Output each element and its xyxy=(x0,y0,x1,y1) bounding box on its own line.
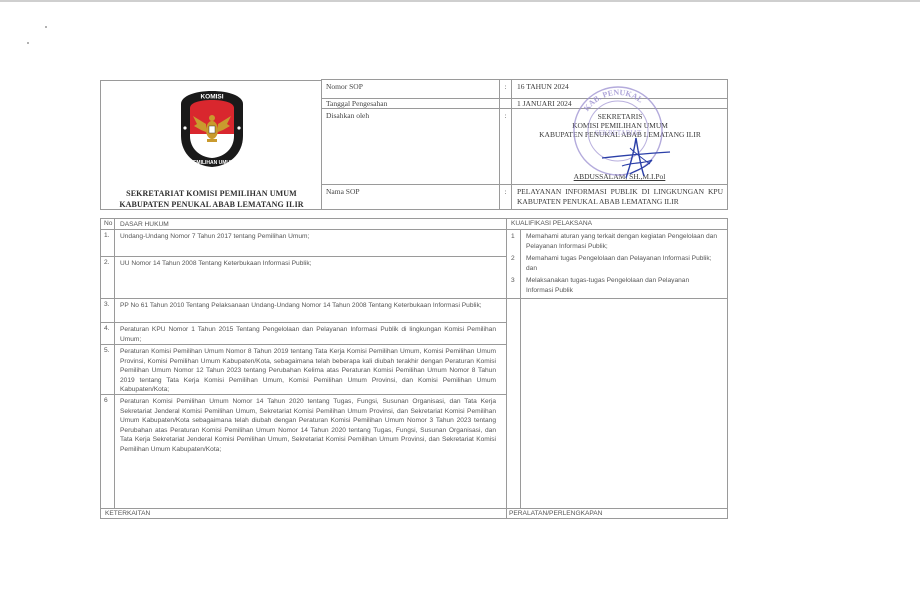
value-disahkan-oleh: SEKRETARIS KOMISI PEMILIHAN UMUM KABUPAT… xyxy=(512,109,727,184)
qualifications-list: 1 Memahami aturan yang terkait dengan ke… xyxy=(507,230,727,299)
qualifications-table: KUALIFIKASI PELAKSANA 1 Memahami aturan … xyxy=(507,218,728,519)
legal-basis-table: No DASAR HUKUM 1. Undang-Undang Nomor 7 … xyxy=(100,218,507,519)
item-number: 3 xyxy=(511,276,515,286)
table-row: 5. Peraturan Komisi Pemilihan Umum Nomor… xyxy=(101,345,506,395)
row-number: 5. xyxy=(101,345,115,394)
legal-basis-text: Peraturan Komisi Pemilihan Umum Nomor 14… xyxy=(115,395,506,508)
item-text: Memahami tugas Pengelolaan dan Pelayanan… xyxy=(526,254,718,274)
table-row: 6 Peraturan Komisi Pemilihan Umum Nomor … xyxy=(101,395,506,508)
item-text: Melaksanakan tugas-tugas Pengelolaan dan… xyxy=(526,276,718,296)
item-number: 2 xyxy=(511,254,515,264)
svg-text:PEMILIHAN UMUM: PEMILIHAN UMUM xyxy=(190,160,234,166)
label-nama-sop: Nama SOP xyxy=(322,185,500,209)
colon: : xyxy=(500,185,512,209)
row-nomor-sop: Nomor SOP : 16 TAHUN 2024 xyxy=(322,80,727,99)
sop-header: KOMISI PEMILIHAN UMUM SEKRETARIAT KOMISI… xyxy=(100,79,728,210)
row-number: 1. xyxy=(101,230,115,256)
row-nama-sop: Nama SOP : PELAYANAN INFORMASI PUBLIK DI… xyxy=(322,185,727,209)
value-nama-sop: PELAYANAN INFORMASI PUBLIK DI LINGKUNGAN… xyxy=(512,185,727,209)
label-tanggal-pengesahan: Tanggal Pengesahan xyxy=(322,99,500,108)
scan-speck xyxy=(45,26,47,28)
legal-basis-text: PP No 61 Tahun 2010 Tentang Pelaksanaan … xyxy=(115,299,506,322)
signer-title: SEKRETARIS xyxy=(517,112,723,121)
scan-edge xyxy=(0,0,920,2)
peralatan-label: PERALATAN/PERLENGKAPAN xyxy=(507,508,727,518)
row-number: 3. xyxy=(101,299,115,322)
keterkaitan-label: KETERKAITAN xyxy=(101,508,506,518)
sop-info-grid: Nomor SOP : 16 TAHUN 2024 Tanggal Penges… xyxy=(321,79,728,210)
legal-basis-header: DASAR HUKUM xyxy=(115,219,506,229)
organization-block: KOMISI PEMILIHAN UMUM SEKRETARIAT KOMISI… xyxy=(100,80,321,210)
signer-name: ABDUSSALAM, SH.,M.I.Pol xyxy=(512,172,727,181)
signer-region: KABUPATEN PENUKAL ABAB LEMATANG ILIR xyxy=(517,130,723,139)
legal-basis-text: Undang-Undang Nomor 7 Tahun 2017 tentang… xyxy=(115,230,506,256)
row-tanggal-pengesahan: Tanggal Pengesahan 1 JANUARI 2024 xyxy=(322,99,727,109)
scan-speck xyxy=(27,42,29,44)
row-number: 6 xyxy=(101,395,115,508)
table-row: 3. PP No 61 Tahun 2010 Tentang Pelaksana… xyxy=(101,299,506,323)
organization-line2: KABUPATEN PENUKAL ABAB LEMATANG ILIR xyxy=(101,199,322,210)
qualifications-header-row: KUALIFIKASI PELAKSANA xyxy=(507,219,727,230)
item-text: Memahami aturan yang terkait dengan kegi… xyxy=(526,232,718,252)
no-column-header: No xyxy=(101,219,115,229)
svg-text:KOMISI: KOMISI xyxy=(200,94,223,101)
qualifications-empty-area xyxy=(507,299,727,508)
value-nomor-sop: 16 TAHUN 2024 xyxy=(512,80,727,98)
label-nomor-sop: Nomor SOP xyxy=(322,80,500,98)
row-number: 4. xyxy=(101,323,115,344)
table-row: 2. UU Nomor 14 Tahun 2008 Tentang Keterb… xyxy=(101,257,506,299)
legal-basis-text: Peraturan Komisi Pemilihan Umum Nomor 8 … xyxy=(115,345,506,394)
table-row: 4. Peraturan KPU Nomor 1 Tahun 2015 Tent… xyxy=(101,323,506,345)
legal-basis-text: Peraturan KPU Nomor 1 Tahun 2015 Tentang… xyxy=(115,323,506,344)
qualifications-header: KUALIFIKASI PELAKSANA xyxy=(507,219,727,227)
organization-name: SEKRETARIAT KOMISI PEMILIHAN UMUM KABUPA… xyxy=(101,188,322,210)
table-row: 1. Undang-Undang Nomor 7 Tahun 2017 tent… xyxy=(101,230,506,257)
label-disahkan-oleh: Disahkan oleh xyxy=(322,109,500,184)
item-number: 1 xyxy=(511,232,515,242)
sop-body-table: No DASAR HUKUM 1. Undang-Undang Nomor 7 … xyxy=(100,218,728,519)
legal-basis-header-row: No DASAR HUKUM xyxy=(101,219,506,230)
organization-line1: SEKRETARIAT KOMISI PEMILIHAN UMUM xyxy=(101,188,322,199)
colon xyxy=(500,99,512,108)
row-disahkan-oleh: Disahkan oleh : SEKRETARIS KOMISI PEMILI… xyxy=(322,109,727,185)
signer-institution: KOMISI PEMILIHAN UMUM xyxy=(517,121,723,130)
legal-basis-text: UU Nomor 14 Tahun 2008 Tentang Keterbuka… xyxy=(115,257,506,298)
colon: : xyxy=(500,80,512,98)
row-number: 2. xyxy=(101,257,115,298)
value-tanggal-pengesahan: 1 JANUARI 2024 xyxy=(512,99,727,108)
number-column xyxy=(507,299,521,508)
kpu-logo-icon: KOMISI PEMILIHAN UMUM xyxy=(179,90,245,168)
colon: : xyxy=(500,109,512,184)
